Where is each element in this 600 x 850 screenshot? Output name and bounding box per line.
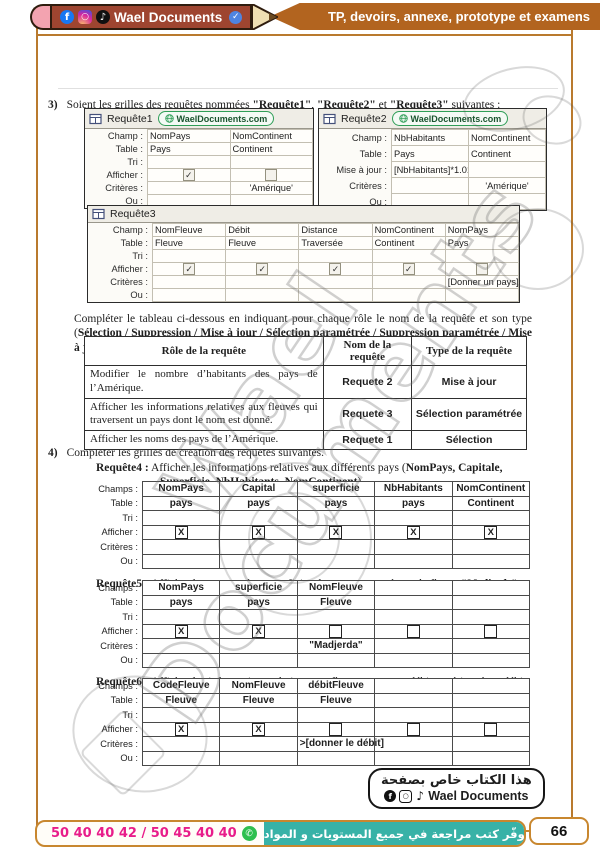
footer-arabic-text: متوفّر كتب مراجعة في جميع المستويات و ال… <box>264 822 526 845</box>
checkbox-unchecked <box>329 625 342 638</box>
table-row: Afficher les informations relatives aux … <box>85 398 527 431</box>
grid-row: Table :FleuveFleuveFleuve <box>88 693 530 708</box>
grid-cell: superficie <box>220 581 297 596</box>
query-window-requete2: Requête2 WaelDocuments.com Champ :NbHabi… <box>318 108 547 211</box>
grid-cell: CodeFleuve <box>143 679 220 694</box>
grid-cell: NomFleuve <box>220 679 297 694</box>
grid-cell <box>297 610 374 625</box>
grid-cell: NomFleuve <box>297 581 374 596</box>
grid-cell: ✓ <box>148 169 231 182</box>
grid-cell <box>220 639 297 654</box>
query-name-cell: Requete 3 <box>323 398 411 431</box>
grid-cell: NomFleuve <box>153 224 226 237</box>
grid-row-label: Table : <box>88 693 143 708</box>
grid-cell: Fleuve <box>226 237 299 250</box>
checkbox-unchecked <box>329 723 342 736</box>
section-number: 3) <box>48 99 58 111</box>
query-window-title: Requête3 <box>110 208 156 220</box>
grid-cell: ✓ <box>153 263 226 276</box>
grid-row-label: Champs : <box>88 679 143 694</box>
instagram-icon: ○ <box>399 790 412 803</box>
grid-row: Table :payspayspayspaysContinent <box>88 496 530 511</box>
grid-row: Afficher :XX <box>88 722 530 737</box>
grid-row: Critères :'Amérique' <box>85 182 313 195</box>
grid-row: Critères :'Amérique' <box>319 178 546 194</box>
grid-row-label: Champ : <box>88 224 153 237</box>
grid-cell <box>452 610 529 625</box>
checkbox-checked: X <box>252 625 265 638</box>
wael-documents-badge: WaelDocuments.com <box>158 111 275 126</box>
role-cell: Afficher les informations relatives aux … <box>85 398 324 431</box>
grid-cell: "Madjerda" <box>297 639 374 654</box>
grid-row: Tri : <box>88 708 530 723</box>
grid-cell <box>148 182 231 195</box>
grid-cell: pays <box>220 496 297 511</box>
grid-cell: X <box>220 624 297 639</box>
table-row: Afficher les noms des pays de l’Amérique… <box>85 431 527 450</box>
grid-row-label: Champs : <box>88 482 143 497</box>
grid-cell <box>230 169 313 182</box>
scan-artifact-line <box>58 88 558 89</box>
roles-table-header-row: Rôle de la requête Nom de la requête Typ… <box>85 337 527 366</box>
grid-row: Tri : <box>88 610 530 625</box>
brand-name: Wael Documents <box>114 10 222 25</box>
grid-cell: débitFleuve <box>297 679 374 694</box>
query-label: Requête4 : <box>96 462 149 474</box>
grid-cell: 'Amérique' <box>230 182 313 195</box>
grid-cell <box>153 289 226 302</box>
grid-cell <box>226 289 299 302</box>
page-number-box: 66 <box>529 817 589 845</box>
grid-cell <box>452 708 529 723</box>
checkbox-unchecked <box>407 723 420 736</box>
checkbox-checked: ✓ <box>183 169 195 181</box>
query-design-grid: Champ :NomPaysNomContinentTable :PaysCon… <box>85 129 313 208</box>
grid-cell <box>220 610 297 625</box>
grid-row: Critères : <box>88 540 530 555</box>
checkbox-checked: X <box>407 526 420 539</box>
grid-row-label: Critères : <box>88 276 153 289</box>
grid-cell <box>452 722 529 737</box>
grid-cell <box>372 289 445 302</box>
grid-row: Mise à jour :[NbHabitants]*1.01 <box>319 162 546 178</box>
grid-cell <box>220 511 297 526</box>
grid-cell <box>452 653 529 668</box>
grid-cell <box>452 639 529 654</box>
grid-row-label: Tri : <box>88 708 143 723</box>
query-icon <box>323 113 336 125</box>
verified-icon: ✓ <box>229 11 242 24</box>
checkbox-unchecked <box>484 723 497 736</box>
grid-cell: NomPays <box>445 224 518 237</box>
grid-row-label: Table : <box>88 595 143 610</box>
grid-cell <box>143 751 220 766</box>
grid-row: Champ :NomPaysNomContinent <box>85 130 313 143</box>
grid-cell <box>297 708 374 723</box>
grid-cell <box>297 511 374 526</box>
pencil-eraser <box>30 4 50 30</box>
grid-row-label: Ou : <box>88 289 153 302</box>
grid-cell: NomPays <box>148 130 231 143</box>
grid-cell <box>143 737 220 752</box>
grid-cell <box>445 289 518 302</box>
grid-row-label: Ou : <box>88 554 143 569</box>
grid-row-label: Ou : <box>88 751 143 766</box>
grid-cell <box>392 178 469 194</box>
stamp-arabic-text: هذا الكتاب خاص بصفحة <box>381 773 532 788</box>
checkbox-checked: X <box>252 723 265 736</box>
grid-row: Afficher :✓✓✓✓ <box>88 263 519 276</box>
query-type-cell: Mise à jour <box>412 366 527 399</box>
grid-cell: superficie <box>297 482 374 497</box>
grid-cell <box>372 276 445 289</box>
stamp-brand-name: Wael Documents <box>428 789 528 803</box>
footer-bar: 50 40 40 42 / 50 45 40 40 ✆ متوفّر كتب م… <box>35 820 526 847</box>
grid-row-label: Critères : <box>88 737 143 752</box>
grid-row: Afficher :✓ <box>85 169 313 182</box>
grid-cell: pays <box>297 496 374 511</box>
grid-cell: Fleuve <box>143 693 220 708</box>
grid-row: Table :FleuveFleuveTraverséeContinentPay… <box>88 237 519 250</box>
grid-cell: NomContinent <box>469 130 546 146</box>
grid-row: Ou : <box>88 751 530 766</box>
grid-row: Tri : <box>85 156 313 169</box>
grid-cell <box>297 624 374 639</box>
grid-row: Table :payspaysFleuve <box>88 595 530 610</box>
grid-cell <box>143 639 220 654</box>
grid-cell <box>220 737 297 752</box>
grid-row: Afficher :XXXXX <box>88 525 530 540</box>
grid-cell: Continent <box>469 146 546 162</box>
grid-row-label: Table : <box>85 143 148 156</box>
query-name-cell: Requete 1 <box>323 431 411 450</box>
grid-row: Champs :NomPaysCapitalsuperficieNbHabita… <box>88 482 530 497</box>
query-type-cell: Sélection paramétrée <box>412 398 527 431</box>
phone-icon: ✆ <box>242 826 257 841</box>
grid-row-label: Afficher : <box>85 169 148 182</box>
grid-cell <box>375 624 452 639</box>
grid-cell: Distance <box>299 224 372 237</box>
grid-cell: Continent <box>452 496 529 511</box>
grid-cell: X <box>297 525 374 540</box>
query-icon <box>92 208 105 220</box>
answer-grid-requete4: Champs :NomPaysCapitalsuperficieNbHabita… <box>88 481 530 569</box>
query-window-titlebar: Requête2 WaelDocuments.com <box>319 109 546 129</box>
grid-cell <box>148 156 231 169</box>
grid-cell: NomContinent <box>452 482 529 497</box>
grid-cell: Pays <box>392 146 469 162</box>
grid-cell: X <box>375 525 452 540</box>
query-window-titlebar: Requête1 WaelDocuments.com <box>85 109 313 129</box>
grid-row-label: Critères : <box>85 182 148 195</box>
grid-cell <box>469 162 546 178</box>
table-row: Modifier le nombre d’habitants des pays … <box>85 366 527 399</box>
grid-cell: ✓ <box>372 263 445 276</box>
facebook-icon: f <box>384 790 396 802</box>
grid-cell: NbHabitants <box>392 130 469 146</box>
grid-row: Ou : <box>88 554 530 569</box>
grid-cell <box>375 511 452 526</box>
grid-cell <box>220 540 297 555</box>
grid-cell <box>375 595 452 610</box>
grid-cell <box>375 751 452 766</box>
grid-cell: Continent <box>230 143 313 156</box>
grid-cell: ✓ <box>226 263 299 276</box>
grid-row-label: Afficher : <box>88 263 153 276</box>
checkbox-checked: X <box>484 526 497 539</box>
role-cell: Modifier le nombre d’habitants des pays … <box>85 366 324 399</box>
grid-cell <box>220 653 297 668</box>
grid-cell <box>297 540 374 555</box>
grid-cell: Fleuve <box>220 693 297 708</box>
grid-row-label: Tri : <box>88 511 143 526</box>
grid-cell: Capital <box>220 482 297 497</box>
grid-cell <box>153 276 226 289</box>
grid-cell <box>375 708 452 723</box>
grid-cell: Traversée <box>299 237 372 250</box>
answer-grid-requete6: Champs :CodeFleuveNomFleuvedébitFleuveTa… <box>88 678 530 766</box>
grid-cell <box>452 540 529 555</box>
grid-cell <box>375 581 452 596</box>
grid-row-label: Champs : <box>88 581 143 596</box>
grid-row-label: Afficher : <box>88 624 143 639</box>
query-window-requete1: Requête1 WaelDocuments.com Champ :NomPay… <box>84 108 314 209</box>
grid-row-label: Critères : <box>88 540 143 555</box>
column-header: Type de la requête <box>412 337 527 366</box>
grid-row: Ou : <box>88 653 530 668</box>
grid-cell: [NbHabitants]*1.01 <box>392 162 469 178</box>
checkbox-checked: X <box>175 723 188 736</box>
header-underline <box>38 34 572 36</box>
query-design-grid: Champ :NomFleuveDébitDistanceNomContinen… <box>88 223 519 302</box>
grid-row-label: Champ : <box>319 130 392 146</box>
grid-cell <box>220 554 297 569</box>
grid-cell <box>452 679 529 694</box>
grid-cell <box>452 737 529 752</box>
grid-row-label: Afficher : <box>88 525 143 540</box>
grid-cell <box>375 610 452 625</box>
grid-cell: ✓ <box>299 263 372 276</box>
grid-row-label: Tri : <box>88 610 143 625</box>
grid-cell: NbHabitants <box>375 482 452 497</box>
brand-pencil-logo: f ○ ♪ Wael Documents ✓ <box>30 4 278 30</box>
grid-cell: pays <box>143 595 220 610</box>
page-border-right <box>571 28 573 819</box>
grid-cell: NomContinent <box>372 224 445 237</box>
grid-row: Ou : <box>88 289 519 302</box>
badge-label: WaelDocuments.com <box>411 114 502 124</box>
query-window-title: Requête2 <box>341 113 387 125</box>
grid-cell: [Donner un pays] <box>445 276 518 289</box>
grid-row-label: Table : <box>88 496 143 511</box>
grid-cell: >[donner le débit] <box>297 737 374 752</box>
grid-cell <box>375 679 452 694</box>
checkbox-checked: X <box>175 526 188 539</box>
grid-cell: pays <box>143 496 220 511</box>
grid-cell <box>220 751 297 766</box>
grid-cell <box>143 610 220 625</box>
grid-cell: Débit <box>226 224 299 237</box>
grid-row-label: Critères : <box>319 178 392 194</box>
grid-row: Table :PaysContinent <box>85 143 313 156</box>
tiktok-icon: ♪ <box>415 790 425 802</box>
grid-cell <box>452 554 529 569</box>
grid-row: Tri : <box>88 250 519 263</box>
grid-row-label: Tri : <box>85 156 148 169</box>
instagram-icon: ○ <box>78 10 92 24</box>
grid-row: Afficher :XX <box>88 624 530 639</box>
grid-cell: Pays <box>445 237 518 250</box>
query-window-titlebar: Requête3 <box>88 206 519 223</box>
header-banner: TP, devoirs, annexe, prototype et examen… <box>270 3 600 30</box>
query-type-cell: Sélection <box>412 431 527 450</box>
grid-cell <box>143 653 220 668</box>
grid-cell: Fleuve <box>297 693 374 708</box>
grid-cell <box>297 751 374 766</box>
page-border-left <box>36 20 38 826</box>
grid-cell <box>226 250 299 263</box>
column-header: Rôle de la requête <box>85 337 324 366</box>
grid-cell <box>375 653 452 668</box>
phone-numbers: 50 40 40 42 / 50 45 40 40 <box>51 826 237 841</box>
grid-cell: X <box>220 722 297 737</box>
grid-cell: NomContinent <box>230 130 313 143</box>
column-header: Nom de la requête <box>323 337 411 366</box>
answer-grid-requete5: Champs :NomPayssuperficieNomFleuveTable … <box>88 580 530 668</box>
query-icon <box>89 113 102 125</box>
grid-cell <box>230 156 313 169</box>
grid-cell: pays <box>375 496 452 511</box>
grid-cell: X <box>220 525 297 540</box>
grid-cell <box>143 554 220 569</box>
grid-row-label: Champ : <box>85 130 148 143</box>
grid-cell <box>299 276 372 289</box>
tiktok-icon: ♪ <box>96 10 110 24</box>
checkbox-unchecked <box>484 625 497 638</box>
grid-row-label: Tri : <box>88 250 153 263</box>
grid-cell <box>299 250 372 263</box>
grid-cell: Fleuve <box>153 237 226 250</box>
grid-cell <box>375 722 452 737</box>
role-cell: Afficher les noms des pays de l’Amérique… <box>85 431 324 450</box>
checkbox-checked: ✓ <box>403 263 415 275</box>
query-window-title: Requête1 <box>107 113 153 125</box>
roles-table: Rôle de la requête Nom de la requête Typ… <box>84 336 527 450</box>
grid-row-label: Critères : <box>88 639 143 654</box>
globe-icon <box>165 114 174 123</box>
grid-row: Critères :>[donner le débit] <box>88 737 530 752</box>
query-name-cell: Requete 2 <box>323 366 411 399</box>
checkbox-unchecked <box>407 625 420 638</box>
grid-row-label: Table : <box>319 146 392 162</box>
grid-row: Critères :"Madjerda" <box>88 639 530 654</box>
checkbox-checked: ✓ <box>183 263 195 275</box>
grid-cell: X <box>452 525 529 540</box>
grid-cell <box>143 708 220 723</box>
grid-cell <box>452 511 529 526</box>
grid-cell <box>452 581 529 596</box>
grid-row: Critères :[Donner un pays] <box>88 276 519 289</box>
grid-cell: Continent <box>372 237 445 250</box>
grid-cell <box>143 511 220 526</box>
page-number: 66 <box>551 823 568 840</box>
grid-cell <box>445 250 518 263</box>
grid-cell: pays <box>220 595 297 610</box>
checkbox-unchecked <box>265 169 277 181</box>
grid-cell <box>452 751 529 766</box>
grid-cell <box>375 540 452 555</box>
grid-cell <box>452 595 529 610</box>
grid-cell <box>297 554 374 569</box>
wael-documents-badge: WaelDocuments.com <box>392 111 509 126</box>
grid-row: Champ :NbHabitantsNomContinent <box>319 130 546 146</box>
grid-cell <box>372 250 445 263</box>
grid-row: Table :PaysContinent <box>319 146 546 162</box>
grid-row: Champ :NomFleuveDébitDistanceNomContinen… <box>88 224 519 237</box>
grid-cell: X <box>143 525 220 540</box>
grid-row: Tri : <box>88 511 530 526</box>
checkbox-checked: X <box>329 526 342 539</box>
checkbox-checked: X <box>252 526 265 539</box>
grid-cell <box>226 276 299 289</box>
grid-cell <box>445 263 518 276</box>
grid-cell: Pays <box>148 143 231 156</box>
pencil-tip <box>252 4 278 30</box>
query-design-grid: Champ :NbHabitantsNomContinentTable :Pay… <box>319 129 546 210</box>
grid-cell: Fleuve <box>297 595 374 610</box>
facebook-icon: f <box>60 10 74 24</box>
grid-row-label: Table : <box>88 237 153 250</box>
grid-cell <box>220 708 297 723</box>
grid-cell <box>299 289 372 302</box>
grid-cell: NomPays <box>143 482 220 497</box>
grid-cell <box>452 624 529 639</box>
checkbox-checked: ✓ <box>329 263 341 275</box>
grid-cell <box>153 250 226 263</box>
badge-label: WaelDocuments.com <box>177 114 268 124</box>
grid-cell: 'Amérique' <box>469 178 546 194</box>
query-window-requete3: Requête3 Champ :NomFleuveDébitDistanceNo… <box>87 205 520 303</box>
grid-cell <box>297 722 374 737</box>
section-number: 4) <box>48 447 58 459</box>
globe-icon <box>399 114 408 123</box>
grid-cell <box>143 540 220 555</box>
grid-row-label: Mise à jour : <box>319 162 392 178</box>
grid-cell: X <box>143 624 220 639</box>
grid-row: Champs :NomPayssuperficieNomFleuve <box>88 581 530 596</box>
checkbox-unchecked <box>476 263 488 275</box>
brand-bar: f ○ ♪ Wael Documents ✓ <box>50 4 252 30</box>
banner-title: TP, devoirs, annexe, prototype et examen… <box>328 9 590 24</box>
ownership-stamp: هذا الكتاب خاص بصفحة f ○ ♪ Wael Document… <box>368 768 545 809</box>
grid-cell <box>375 737 452 752</box>
grid-cell <box>375 554 452 569</box>
grid-cell <box>375 639 452 654</box>
grid-row-label: Ou : <box>88 653 143 668</box>
grid-cell <box>452 693 529 708</box>
grid-cell <box>375 693 452 708</box>
checkbox-checked: X <box>175 625 188 638</box>
grid-row: Champs :CodeFleuveNomFleuvedébitFleuve <box>88 679 530 694</box>
checkbox-checked: ✓ <box>256 263 268 275</box>
grid-cell: X <box>143 722 220 737</box>
grid-cell <box>297 653 374 668</box>
grid-cell: NomPays <box>143 581 220 596</box>
grid-row-label: Afficher : <box>88 722 143 737</box>
